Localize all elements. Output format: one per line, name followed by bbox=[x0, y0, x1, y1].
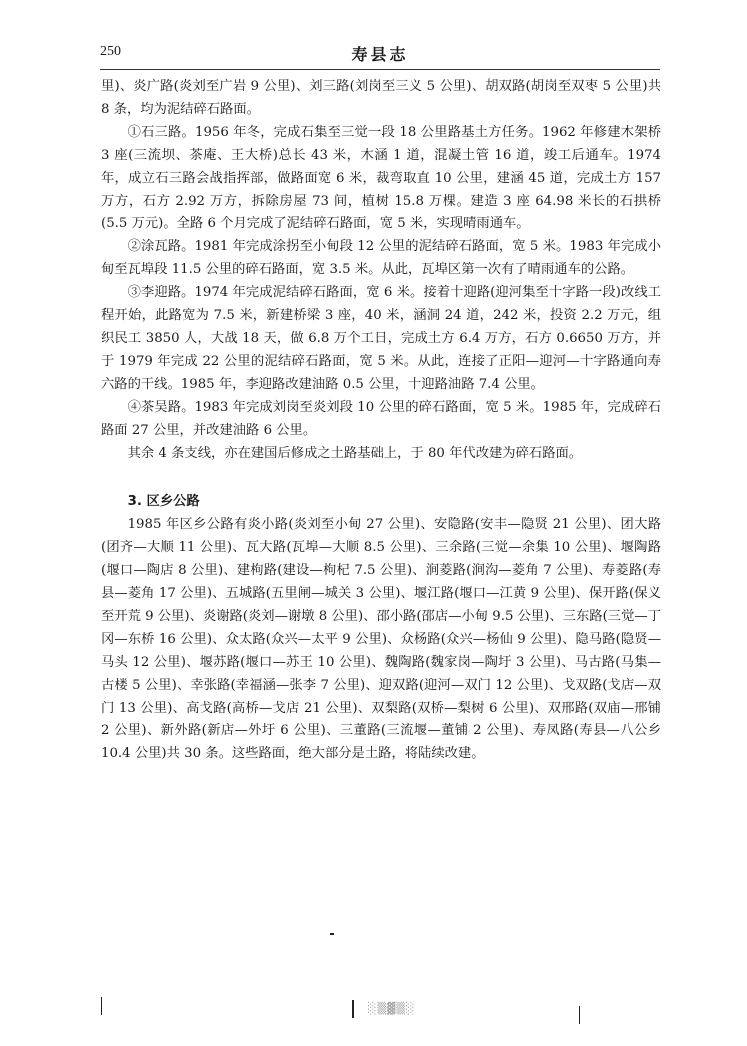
page-body: 里)、炎广路(炎刘至广岩 9 公里)、刘三路(刘岗至三义 5 公里)、胡双路(胡… bbox=[101, 76, 661, 766]
paragraph-tuwa-road: ②涂瓦路。1981 年完成涂拐至小甸段 12 公里的泥结碎石路面，宽 5 米。1… bbox=[101, 236, 661, 282]
scan-edge-mark-center bbox=[352, 1000, 354, 1018]
page-header: 250 寿县志 bbox=[100, 42, 660, 68]
paragraph-other-branches: 其余 4 条支线，亦在建国后修成之土路基础上，于 80 年代改建为碎石路面。 bbox=[101, 443, 661, 466]
scan-speck bbox=[330, 933, 334, 935]
paragraph-shisan-road: ①石三路。1956 年冬，完成石集至三觉一段 18 公里路基土方任务。1962 … bbox=[101, 122, 661, 237]
header-divider bbox=[100, 69, 660, 70]
paragraph-district-roads: 1985 年区乡公路有炎小路(炎刘至小甸 27 公里)、安隐路(安丰—隐贤 21… bbox=[101, 514, 661, 766]
section-heading: 3. 区乡公路 bbox=[101, 491, 661, 514]
scan-edge-mark-left bbox=[101, 997, 102, 1015]
paragraph-chawu-road: ④茶吴路。1983 年完成刘岗至炎刘段 10 公里的碎石路面，宽 5 米。198… bbox=[101, 397, 661, 443]
paragraph-continued: 里)、炎广路(炎刘至广岩 9 公里)、刘三路(刘岗至三义 5 公里)、胡双路(胡… bbox=[101, 76, 661, 122]
paragraph-liying-road: ③李迎路。1974 年完成泥结碎石路面，宽 6 米。接着十迎路(迎河集至十字路一… bbox=[101, 282, 661, 397]
scan-noise: ░▒▓▒░ bbox=[368, 1002, 415, 1015]
book-title: 寿县志 bbox=[100, 42, 660, 65]
scan-edge-mark-right bbox=[579, 1006, 580, 1024]
